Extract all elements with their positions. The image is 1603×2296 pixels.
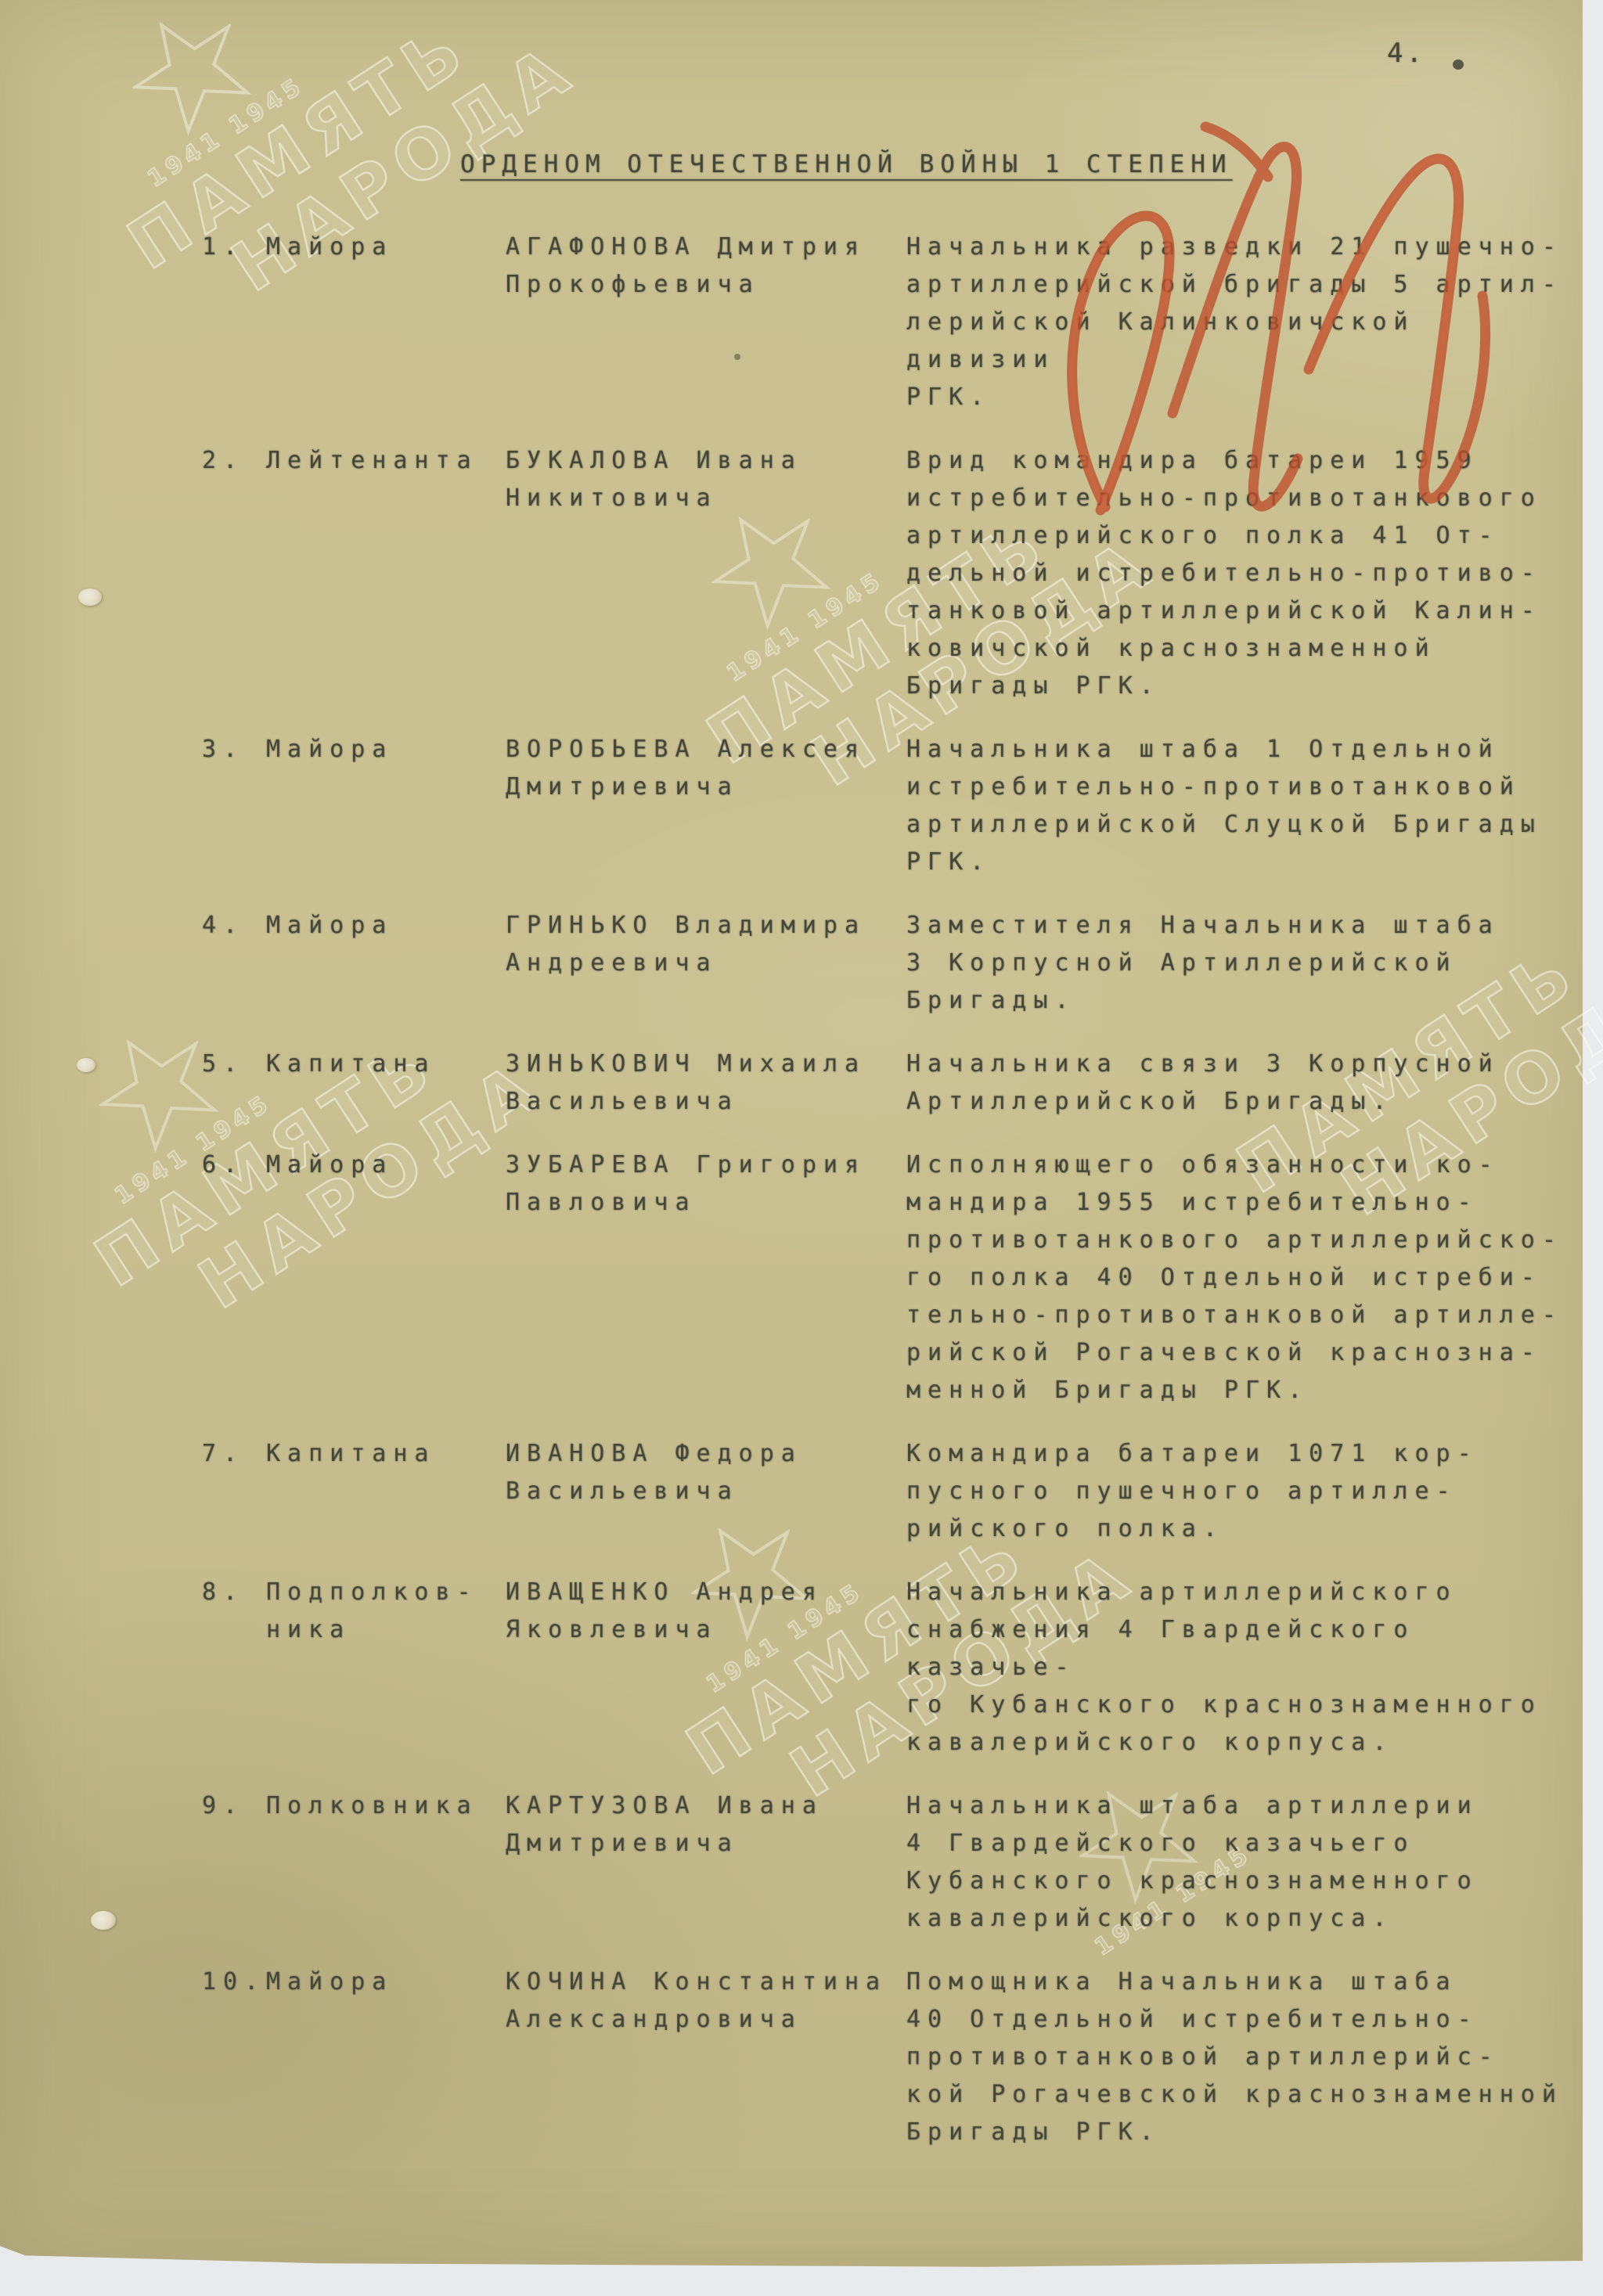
entry-rank: Капитана [266, 1435, 506, 1548]
entry-rank: Майора [266, 1963, 506, 2151]
entry-number: 2. [202, 442, 266, 705]
award-entry-row: 9. Полковника КАРТУЗОВА Ивана Дмитриевич… [202, 1787, 1570, 1938]
entry-description: Начальника связи 3 Корпусной Артиллерийс… [906, 1045, 1570, 1121]
entry-number: 7. [202, 1435, 266, 1548]
scanned-document-page: 1941 1945 ПАМЯТЬ НАРОДА 1941 1945 ПАМЯТЬ… [0, 0, 1603, 2296]
entry-number: 3. [202, 731, 266, 881]
entry-rank: Капитана [266, 1045, 506, 1121]
entry-description: Врид командира батареи 1959 истребительн… [906, 442, 1570, 705]
award-entry-row: 5. Капитана ЗИНЬКОВИЧ Михаила Васильевич… [202, 1045, 1570, 1121]
award-entry-row: 8. Подполков- ника ИВАЩЕНКО Андрея Яковл… [202, 1574, 1570, 1762]
ink-speck [734, 354, 740, 360]
entry-name: ИВАЩЕНКО Андрея Яковлевича [506, 1574, 906, 1762]
paper-hole [77, 1058, 95, 1072]
entry-description: Начальника штаба 1 Отдельной истребитель… [906, 731, 1570, 881]
entry-name: ЗУБАРЕВА Григория Павловича [506, 1146, 906, 1409]
entry-number: 1. [202, 229, 266, 416]
page-title: ОРДЕНОМ ОТЕЧЕСТВЕННОЙ ВОЙНЫ 1 СТЕПЕНИ [460, 150, 1233, 178]
award-entry-row: 3. Майора ВОРОБЬЕВА Алексея Дмитриевича … [202, 731, 1570, 881]
entry-description: Начальника штаба артиллерии 4 Гвардейско… [906, 1787, 1570, 1938]
entry-description: Начальника артиллерийского снабжения 4 Г… [906, 1574, 1570, 1762]
entry-rank: Майора [266, 907, 506, 1020]
entry-number: 10. [202, 1963, 266, 2151]
award-entries-list: 1. Майора АГАФОНОВА Дмитрия Прокофьевича… [202, 229, 1570, 2177]
award-entry-row: 4. Майора ГРИНЬКО Владимира Андреевича З… [202, 907, 1570, 1020]
entry-name: КАРТУЗОВА Ивана Дмитриевича [506, 1787, 906, 1938]
entry-description: Начальника разведки 21 пушечно- артиллер… [906, 229, 1570, 416]
award-entry-row: 2. Лейтенанта БУКАЛОВА Ивана Никитовича … [202, 442, 1570, 705]
award-entry-row: 6. Майора ЗУБАРЕВА Григория Павловича Ис… [202, 1146, 1570, 1409]
entry-rank: Лейтенанта [266, 442, 506, 705]
entry-description: Командира батареи 1071 кор- пусного пуше… [906, 1435, 1570, 1548]
entry-rank: Майора [266, 1146, 506, 1409]
paper-hole [91, 1911, 116, 1930]
entry-rank: Подполков- ника [266, 1574, 506, 1762]
entry-name: ЗИНЬКОВИЧ Михаила Васильевича [506, 1045, 906, 1121]
entry-name: ВОРОБЬЕВА Алексея Дмитриевича [506, 731, 906, 881]
award-entry-row: 7. Капитана ИВАНОВА Федора Васильевича К… [202, 1435, 1570, 1548]
page-number: 4. [1387, 38, 1425, 69]
entry-rank: Майора [266, 731, 506, 881]
paper-hole [78, 588, 102, 606]
entry-name: ИВАНОВА Федора Васильевича [506, 1435, 906, 1548]
entry-name: АГАФОНОВА Дмитрия Прокофьевича [506, 229, 906, 416]
entry-rank: Майора [266, 229, 506, 416]
entry-description: Помощника Начальника штаба 40 Отдельной … [906, 1963, 1570, 2151]
award-entry-row: 1. Майора АГАФОНОВА Дмитрия Прокофьевича… [202, 229, 1570, 416]
entry-number: 8. [202, 1574, 266, 1762]
entry-rank: Полковника [266, 1787, 506, 1938]
entry-name: КОЧИНА Константина Александровича [506, 1963, 906, 2151]
entry-description: Исполняющего обязанности ко- мандира 195… [906, 1146, 1570, 1409]
award-entry-row: 10. Майора КОЧИНА Константина Александро… [202, 1963, 1570, 2151]
entry-name: ГРИНЬКО Владимира Андреевича [506, 907, 906, 1020]
ink-speck [1453, 59, 1464, 70]
entry-name: БУКАЛОВА Ивана Никитовича [506, 442, 906, 705]
entry-number: 9. [202, 1787, 266, 1938]
entry-number: 5. [202, 1045, 266, 1121]
entry-number: 6. [202, 1146, 266, 1409]
entry-description: Заместителя Начальника штаба 3 Корпусной… [906, 907, 1570, 1020]
entry-number: 4. [202, 907, 266, 1020]
